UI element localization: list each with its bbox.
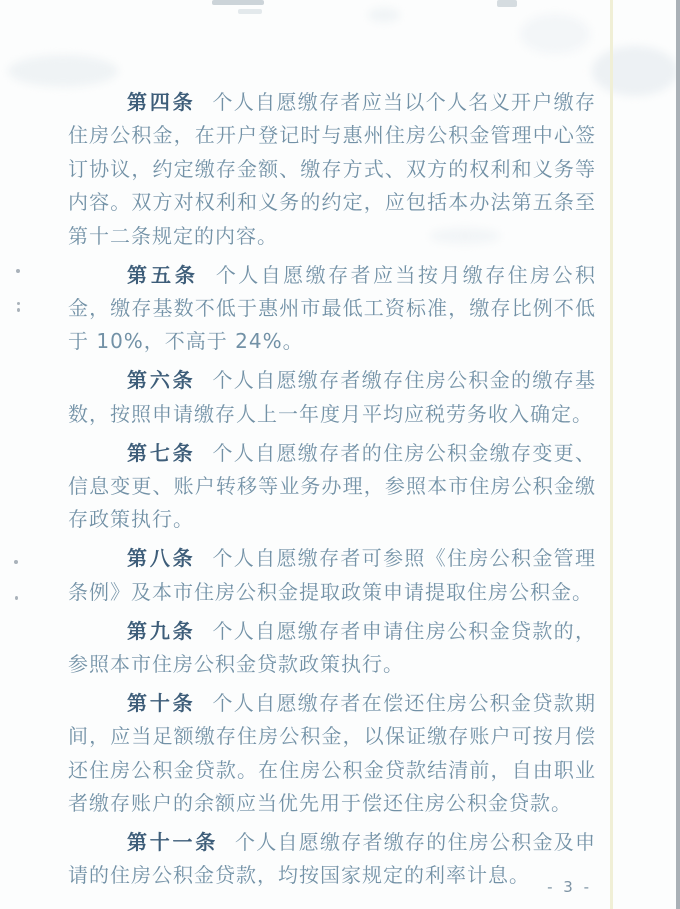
scan-smudge <box>592 46 678 96</box>
article-11-paragraph: 第十一条个人自愿缴存者缴存的住房公积金及申请的住房公积金贷款，均按国家规定的利率… <box>68 826 596 893</box>
scan-edge-mark <box>212 0 264 5</box>
scan-speck <box>17 302 20 305</box>
article-8-paragraph: 第八条个人自愿缴存者可参照《住房公积金管理条例》及本市住房公积金提取政策申请提取… <box>68 542 596 609</box>
article-11-number: 第十一条 <box>127 830 218 854</box>
scanned-document-page: 第四条个人自愿缴存者应当以个人名义开户缴存住房公积金，在开户登记时与惠州住房公积… <box>0 0 680 909</box>
article-6-number: 第六条 <box>127 368 195 392</box>
scan-speck <box>15 596 18 600</box>
scan-speck <box>16 269 20 273</box>
scan-speck <box>14 560 18 564</box>
document-body: 第四条个人自愿缴存者应当以个人名义开户缴存住房公积金，在开户登记时与惠州住房公积… <box>68 86 596 898</box>
scan-edge-mark <box>238 9 262 14</box>
article-9-paragraph: 第九条个人自愿缴存者申请住房公积金贷款的，参照本市住房公积金贷款政策执行。 <box>68 615 596 682</box>
article-6-paragraph: 第六条个人自愿缴存者缴存住房公积金的缴存基数，按照申请缴存人上一年度月平均应税劳… <box>68 364 596 431</box>
article-4-number: 第四条 <box>127 90 195 114</box>
article-5-number: 第五条 <box>127 263 199 287</box>
article-10-number: 第十条 <box>127 691 195 715</box>
article-4-paragraph: 第四条个人自愿缴存者应当以个人名义开户缴存住房公积金，在开户登记时与惠州住房公积… <box>68 86 596 253</box>
article-5-paragraph: 第五条个人自愿缴存者应当按月缴存住房公积金，缴存基数不低于惠州市最低工资标准，缴… <box>68 259 596 359</box>
scan-smudge <box>520 14 590 54</box>
scan-edge-mark <box>497 0 517 7</box>
article-10-paragraph: 第十条个人自愿缴存者在偿还住房公积金贷款期间，应当足额缴存住房公积金，以保证缴存… <box>68 687 596 821</box>
article-7-number: 第七条 <box>127 441 195 465</box>
page-number: - 3 - <box>547 878 592 896</box>
scan-speck <box>17 308 20 312</box>
page-fold-line <box>610 0 613 909</box>
scan-smudge <box>8 55 118 87</box>
scan-smudge <box>368 8 400 22</box>
article-9-number: 第九条 <box>127 619 195 643</box>
article-7-paragraph: 第七条个人自愿缴存者的住房公积金缴存变更、信息变更、账户转移等业务办理，参照本市… <box>68 437 596 537</box>
scanner-edge-strip <box>676 0 680 909</box>
article-8-number: 第八条 <box>127 546 195 570</box>
